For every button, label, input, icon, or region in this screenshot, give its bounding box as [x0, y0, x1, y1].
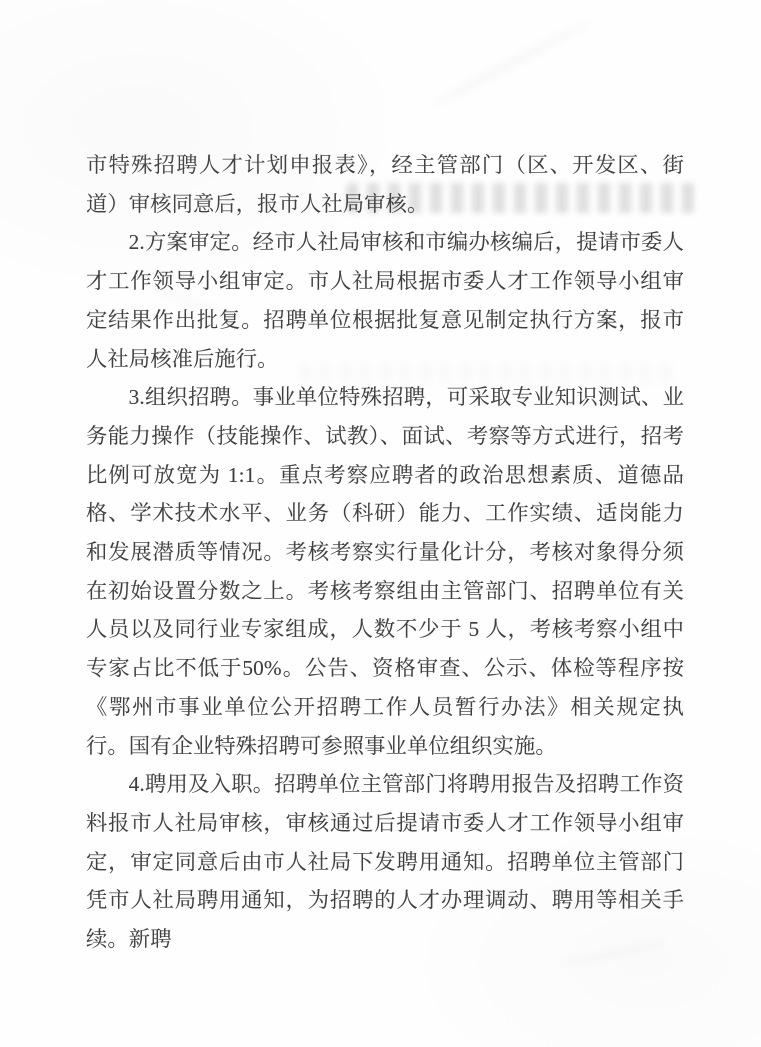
- paragraph-continuation: 市特殊招聘人才计划申报表》，经主管部门（区、开发区、街道）审核同意后，报市人社局…: [86, 146, 684, 223]
- paragraph-item-2-plan-approval: 2.方案审定。经市人社局审核和市编办核编后，提请市委人才工作领导小组审定。市人社…: [86, 223, 684, 378]
- scanned-document-page: 市特殊招聘人才计划申报表》，经主管部门（区、开发区、街道）审核同意后，报市人社局…: [0, 0, 761, 1047]
- paragraph-item-4-employment-onboarding: 4.聘用及入职。招聘单位主管部门将聘用报告及招聘工作资料报市人社局审核，审核通过…: [86, 765, 684, 959]
- paragraph-item-3-organize-recruitment: 3.组织招聘。事业单位特殊招聘，可采取专业知识测试、业务能力操作（技能操作、试教…: [86, 378, 684, 765]
- document-body: 市特殊招聘人才计划申报表》，经主管部门（区、开发区、街道）审核同意后，报市人社局…: [86, 146, 684, 959]
- scan-streak-artifact: [429, 18, 592, 110]
